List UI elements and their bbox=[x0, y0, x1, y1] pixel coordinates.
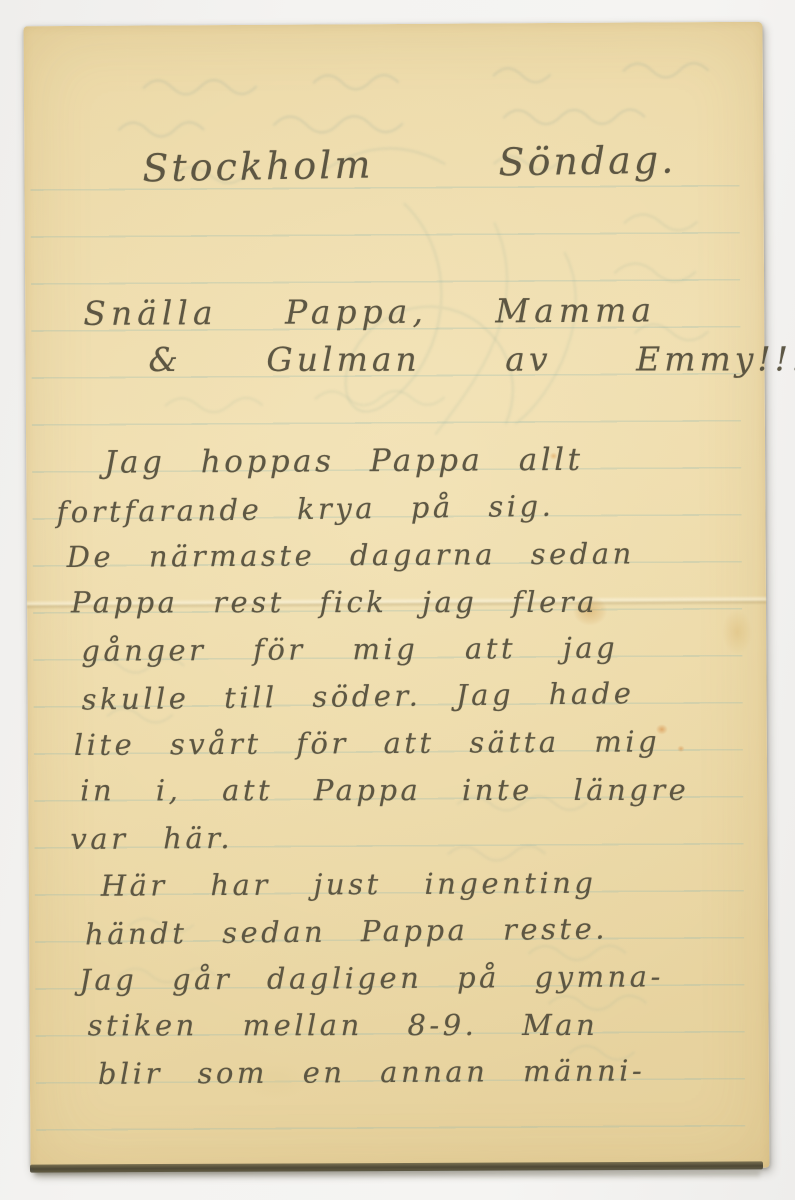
salutation-line: Snälla Pappa, Mamma bbox=[83, 285, 795, 337]
letter-photograph: Stockholm Söndag. Snälla Pappa, Mamma & … bbox=[0, 0, 795, 1200]
body-line: stiken mellan 8-9. Man bbox=[60, 1002, 691, 1050]
body-line: Jag hoppas Pappa allt bbox=[56, 436, 687, 487]
body-line: var här. bbox=[58, 812, 689, 863]
letter-heading: Stockholm Söndag. bbox=[142, 137, 677, 190]
body-line: Jag går dagligen på gymna- bbox=[59, 953, 690, 1004]
body-line: Här har just ingenting bbox=[59, 859, 690, 910]
body-line: skulle till söder. Jag hade bbox=[57, 670, 689, 724]
body-line: De närmaste dagarna sedan bbox=[57, 530, 688, 581]
body-line: gånger för mig att jag bbox=[57, 624, 688, 675]
letter-body: Jag hoppas Pappa allt fortfarande krya p… bbox=[56, 436, 691, 1098]
letter-paper: Stockholm Söndag. Snälla Pappa, Mamma & … bbox=[24, 22, 770, 1172]
salutation-line: & Gulman av Emmy!!! bbox=[84, 335, 795, 384]
paper-drop-shadow bbox=[34, 1171, 760, 1179]
body-line: in i, att Pappa inte längre bbox=[58, 767, 689, 815]
body-line: lite svårt för att sätta mig bbox=[58, 718, 689, 769]
letter-salutation: Snälla Pappa, Mamma & Gulman av Emmy!!! bbox=[83, 285, 795, 385]
body-line: blir som en annan männi- bbox=[60, 1047, 691, 1098]
stain bbox=[717, 602, 757, 662]
body-line: Pappa rest fick jag flera bbox=[57, 579, 688, 627]
body-line: fortfarande krya på sig. bbox=[56, 481, 688, 536]
body-line: händt sedan Pappa reste. bbox=[59, 905, 691, 959]
